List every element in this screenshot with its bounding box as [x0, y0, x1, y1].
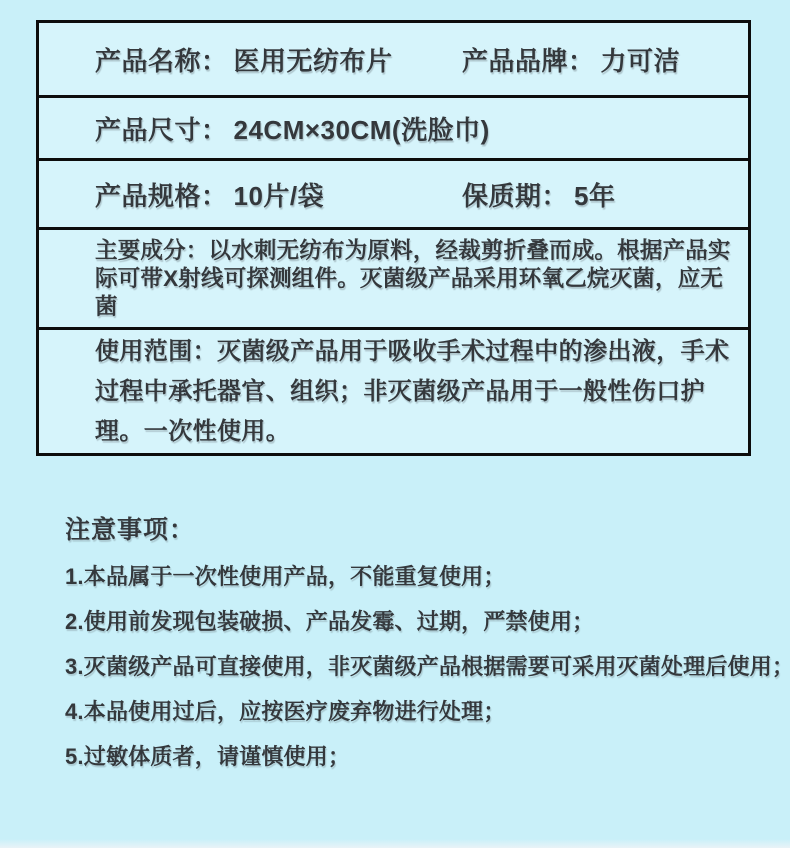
- precautions-section: 注意事项： 1.本品属于一次性使用产品，不能重复使用； 2.使用前发现包装破损、…: [65, 514, 780, 788]
- bottom-gradient: [0, 839, 790, 848]
- table-row-name-brand: 产品名称： 医用无纺布片 产品品牌： 力可洁: [39, 23, 748, 95]
- note-item-1: 1.本品属于一次性使用产品，不能重复使用；: [65, 563, 780, 591]
- product-spec-table: 产品名称： 医用无纺布片 产品品牌： 力可洁 产品尺寸： 24CM×30CM(洗…: [36, 20, 751, 456]
- table-row-usage-scope: 使用范围：灭菌级产品用于吸收手术过程中的渗出液，手术过程中承托器官、组织；非灭菌…: [39, 327, 748, 453]
- ingredients-paragraph: 主要成分：以水刺无纺布为原料，经裁剪折叠而成。根据产品实际可带X射线可探测组件。…: [95, 237, 734, 321]
- product-size-label: 产品尺寸：: [95, 110, 228, 147]
- usage-scope-paragraph: 使用范围：灭菌级产品用于吸收手术过程中的渗出液，手术过程中承托器官、组织；非灭菌…: [95, 332, 734, 452]
- table-row-size: 产品尺寸： 24CM×30CM(洗脸巾): [39, 95, 748, 158]
- table-row-ingredients: 主要成分：以水刺无纺布为原料，经裁剪折叠而成。根据产品实际可带X射线可探测组件。…: [39, 227, 748, 327]
- precautions-heading: 注意事项：: [65, 514, 780, 546]
- note-item-3: 3.灭菌级产品可直接使用，非灭菌级产品根据需要可采用灭菌处理后使用；: [65, 653, 780, 681]
- usage-scope-label: 使用范围：: [95, 338, 217, 365]
- product-name-pair: 产品名称： 医用无纺布片: [95, 41, 462, 78]
- product-size-pair: 产品尺寸： 24CM×30CM(洗脸巾): [95, 110, 490, 147]
- product-size-value: 24CM×30CM(洗脸巾): [234, 110, 490, 147]
- shelf-life-pair: 保质期： 5年: [462, 176, 615, 213]
- product-brand-value: 力可洁: [601, 41, 681, 78]
- product-name-label: 产品名称：: [95, 41, 228, 78]
- product-brand-label: 产品品牌：: [462, 41, 595, 78]
- product-name-value: 医用无纺布片: [234, 41, 393, 78]
- note-item-2: 2.使用前发现包装破损、产品发霉、过期，严禁使用；: [65, 608, 780, 636]
- product-brand-pair: 产品品牌： 力可洁: [462, 41, 680, 78]
- ingredients-label: 主要成分：: [95, 238, 209, 263]
- table-row-spec-shelflife: 产品规格： 10片/袋 保质期： 5年: [39, 158, 748, 227]
- product-spec-pair: 产品规格： 10片/袋: [95, 176, 462, 213]
- note-item-4: 4.本品使用过后，应按医疗废弃物进行处理；: [65, 698, 780, 726]
- product-spec-value: 10片/袋: [234, 176, 325, 213]
- shelf-life-label: 保质期：: [462, 176, 568, 213]
- product-spec-label: 产品规格：: [95, 176, 228, 213]
- shelf-life-value: 5年: [574, 176, 615, 213]
- product-info-page: { "page": { "background_color": "#c9f0f9…: [0, 0, 790, 848]
- note-item-5: 5.过敏体质者，请谨慎使用；: [65, 743, 780, 771]
